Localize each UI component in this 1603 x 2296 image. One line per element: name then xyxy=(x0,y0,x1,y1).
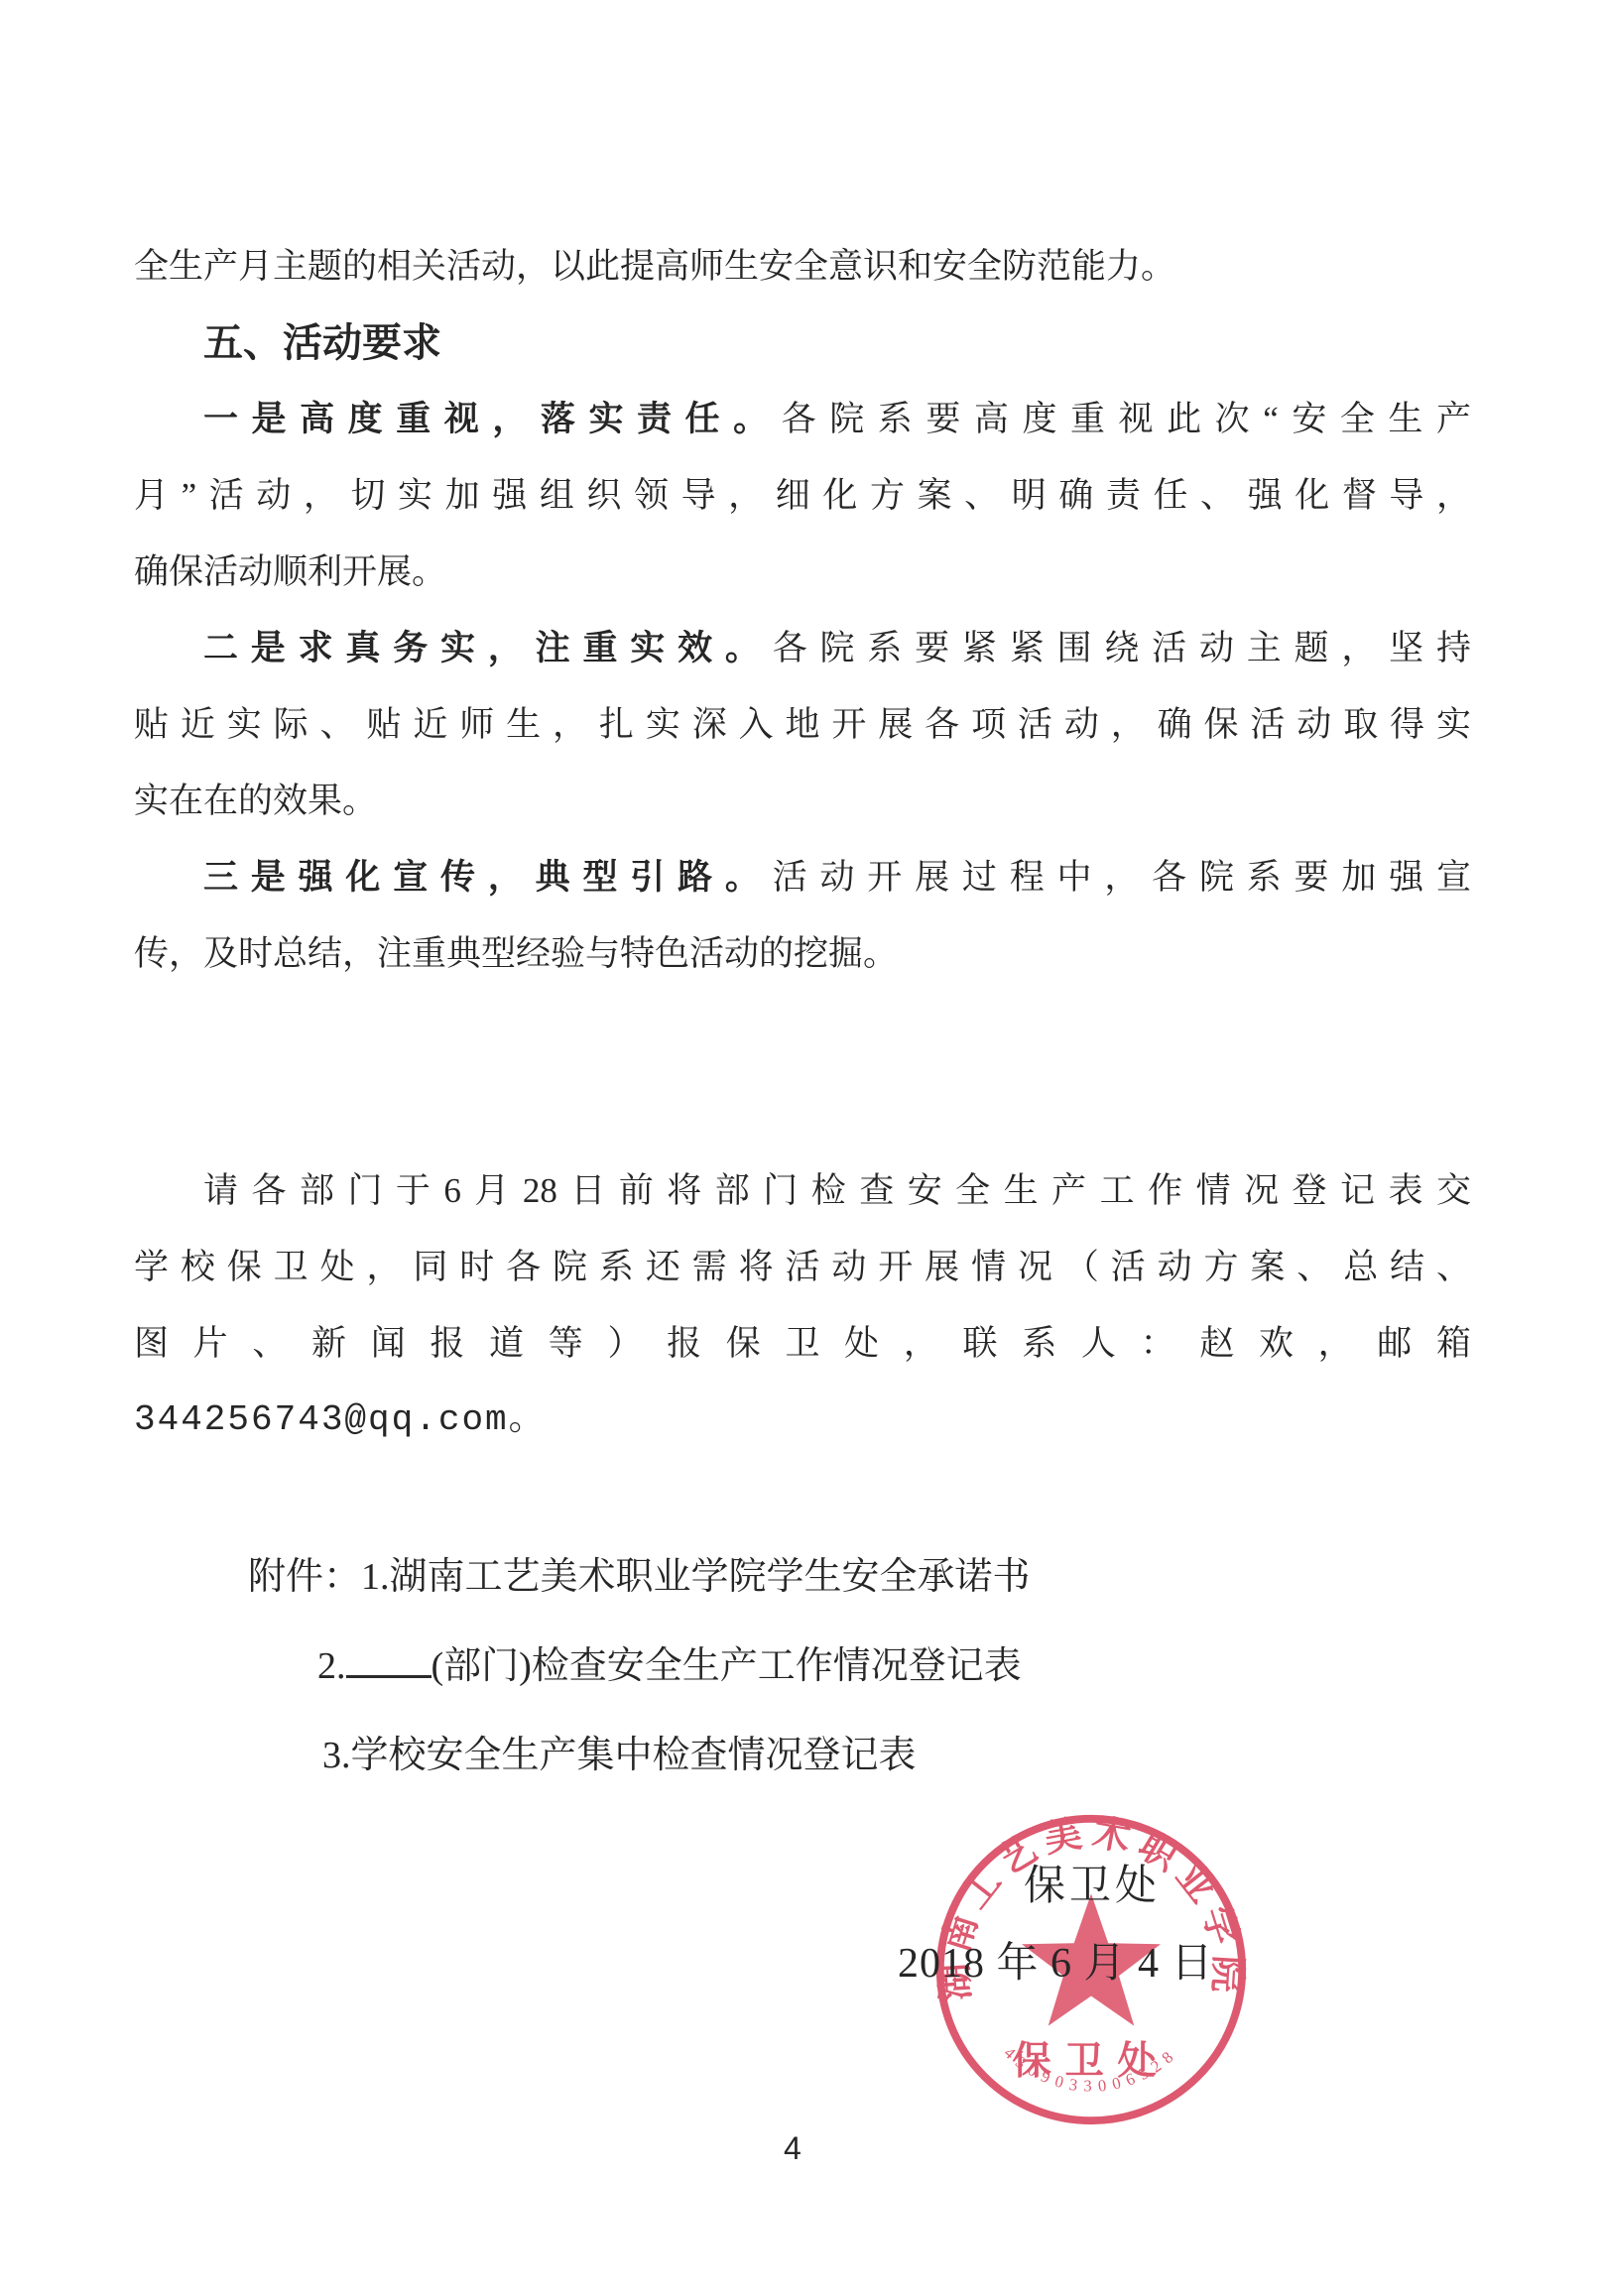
para1-line1: 一是高度重视，落实责任。各院系要高度重视此次“安全生产 xyxy=(134,381,1471,457)
para2-line1: 二是求真务实，注重实效。各院系要紧紧围绕活动主题，坚持 xyxy=(134,610,1471,686)
notice-email: 344256743@qq.com。 xyxy=(134,1382,1471,1458)
attachment-2-number: 2. xyxy=(317,1645,346,1687)
para1-lead: 一是高度重视，落实责任。 xyxy=(203,400,782,438)
page-number: 4 xyxy=(784,2130,801,2167)
body-section-1: 全生产月主题的相关活动，以此提高师生安全意识和安全防范能力。 五、活动要求 一是… xyxy=(134,228,1471,992)
para2-line2: 贴近实际、贴近师生，扎实深入地开展各项活动，确保活动取得实 xyxy=(134,686,1471,763)
attachment-item-3: 3.学校安全生产集中检查情况登记表 xyxy=(322,1711,1471,1800)
notice-line3: 图片、新闻报道等）报保卫处，联系人：赵欢，邮箱 xyxy=(134,1305,1471,1382)
para3-lead: 三是强化宣传，典型引路。 xyxy=(203,858,773,897)
para1-line3: 确保活动顺利开展。 xyxy=(134,534,1471,610)
attachment-item-2: 2.(部门)检查安全生产工作情况登记表 xyxy=(317,1622,1471,1711)
para3-line1-rest: 活动开展过程中，各院系要加强宣 xyxy=(773,858,1471,897)
section-heading-activity-requirements: 五、活动要求 xyxy=(134,304,1471,381)
para3-line1: 三是强化宣传，典型引路。活动开展过程中，各院系要加强宣 xyxy=(134,839,1471,915)
attachments-section: 附件：1.湖南工艺美术职业学院学生安全承诺书 2.(部门)检查安全生产工作情况登… xyxy=(134,1532,1471,1800)
notice-line1: 请各部门于6月28日前将部门检查安全生产工作情况登记表交 xyxy=(134,1152,1471,1229)
para2-line3: 实在在的效果。 xyxy=(134,763,1471,839)
para1-line1-rest: 各院系要高度重视此次“安全生产 xyxy=(782,400,1471,438)
attachment-2-blank-line xyxy=(346,1645,432,1678)
notice-line2: 学校保卫处，同时各院系还需将活动开展情况（活动方案、总结、 xyxy=(134,1229,1471,1305)
attachment-item-1: 附件：1.湖南工艺美术职业学院学生安全承诺书 xyxy=(248,1532,1471,1622)
attachment-2-text: (部门)检查安全生产工作情况登记表 xyxy=(432,1645,1022,1687)
para3-line2: 传，及时总结，注重典型经验与特色活动的挖掘。 xyxy=(134,915,1471,992)
para2-line1-rest: 各院系要紧紧围绕活动主题，坚持 xyxy=(773,629,1471,667)
para2-lead: 二是求真务实，注重实效。 xyxy=(203,629,773,667)
attachment-1-text: 1.湖南工艺美术职业学院学生安全承诺书 xyxy=(361,1556,1031,1598)
signature-date: 2018 年 6 月 4 日 xyxy=(898,1930,1214,1990)
signature-unit-label: 保卫处 xyxy=(1024,1853,1161,1912)
attachments-label: 附件： xyxy=(248,1556,361,1598)
body-section-2: 请各部门于6月28日前将部门检查安全生产工作情况登记表交 学校保卫处，同时各院系… xyxy=(134,1152,1471,1458)
para1-line2: 月”活动，切实加强组织领导，细化方案、明确责任、强化督导， xyxy=(134,457,1471,534)
document-page: { "page": { "number": "4" }, "content": … xyxy=(0,0,1603,2296)
para-continuation-line: 全生产月主题的相关活动，以此提高师生安全意识和安全防范能力。 xyxy=(134,228,1471,304)
